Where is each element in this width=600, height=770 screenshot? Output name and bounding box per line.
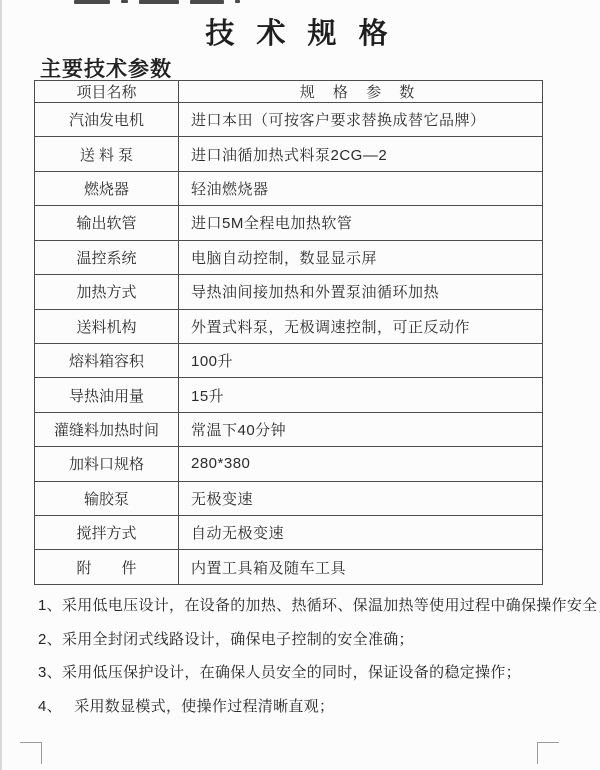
item-name-cell: 燃烧器 <box>35 171 179 205</box>
item-name-cell: 温控系统 <box>35 240 179 274</box>
text-boundary-mark-bottom-right <box>537 742 559 764</box>
table-row: 温控系统电脑自动控制，数显显示屏 <box>35 240 543 274</box>
spec-table-body: 汽油发电机进口本田（可按客户要求替换成替它品牌）送 料 泵进口油循加热式料泵2C… <box>35 103 543 585</box>
spec-value-cell: 自动无极变速 <box>179 516 543 550</box>
spec-value-cell: 100升 <box>179 343 543 377</box>
page-title: 技 术 规 格 <box>0 11 600 52</box>
item-name-cell: 附 件 <box>35 550 179 585</box>
spec-value-cell: 无极变速 <box>179 481 543 515</box>
spec-table-header: 项目名称 规 格 参 数 <box>35 81 543 103</box>
table-row: 搅拌方式自动无极变速 <box>35 516 543 550</box>
table-row: 输出软管进口5M全程电加热软管 <box>35 206 543 240</box>
table-row: 加热方式导热油间接加热和外置泵油循环加热 <box>35 275 543 309</box>
table-row: 燃烧器轻油燃烧器 <box>35 171 543 205</box>
item-name-cell: 送料机构 <box>35 309 179 343</box>
item-name-cell: 输出软管 <box>35 206 179 240</box>
header-item-name: 项目名称 <box>35 81 179 103</box>
spec-value-cell: 常温下40分钟 <box>179 412 543 446</box>
item-name-cell: 灌缝料加热时间 <box>35 412 179 446</box>
table-row: 加料口规格280*380 <box>35 447 543 481</box>
item-name-cell: 搅拌方式 <box>35 516 179 550</box>
notes-list: 1、采用低电压设计，在设备的加热、热循环、保温加热等使用过程中确保操作安全；2、… <box>38 589 586 723</box>
table-row: 输胶泵无极变速 <box>35 481 543 515</box>
table-row: 附 件内置工具箱及随车工具 <box>35 550 543 585</box>
header-spec-params: 规 格 参 数 <box>179 81 543 103</box>
item-name-cell: 加料口规格 <box>35 447 179 481</box>
table-row: 熔料箱容积100升 <box>35 343 543 377</box>
spec-value-cell: 280*380 <box>179 447 543 481</box>
item-name-cell: 输胶泵 <box>35 481 179 515</box>
spec-table: 项目名称 规 格 参 数 汽油发电机进口本田（可按客户要求替换成替它品牌）送 料… <box>34 80 543 585</box>
item-name-cell: 熔料箱容积 <box>35 343 179 377</box>
text-boundary-mark-bottom-left <box>20 742 42 764</box>
spec-value-cell: 轻油燃烧器 <box>179 171 543 205</box>
spec-value-cell: 导热油间接加热和外置泵油循环加热 <box>179 275 543 309</box>
note-item: 1、采用低电压设计，在设备的加热、热循环、保温加热等使用过程中确保操作安全； <box>38 589 586 623</box>
spec-value-cell: 电脑自动控制，数显显示屏 <box>179 240 543 274</box>
spec-value-cell: 进口本田（可按客户要求替换成替它品牌） <box>179 103 543 137</box>
spec-value-cell: 内置工具箱及随车工具 <box>179 550 543 585</box>
page-edge <box>0 0 2 770</box>
spec-value-cell: 15升 <box>179 378 543 412</box>
table-row: 送料机构外置式料泵，无极调速控制，可正反动作 <box>35 309 543 343</box>
spec-value-cell: 外置式料泵，无极调速控制，可正反动作 <box>179 309 543 343</box>
spec-value-cell: 进口5M全程电加热软管 <box>179 206 543 240</box>
section-subtitle: 主要技术参数 <box>40 53 172 83</box>
table-row: 送 料 泵进口油循加热式料泵2CG—2 <box>35 137 543 171</box>
table-row: 导热油用量15升 <box>35 378 543 412</box>
spec-value-cell: 进口油循加热式料泵2CG—2 <box>179 137 543 171</box>
table-row: 汽油发电机进口本田（可按客户要求替换成替它品牌） <box>35 103 543 137</box>
note-item: 4、 采用数显模式，使操作过程清晰直观； <box>38 690 586 724</box>
note-item: 2、采用全封闭式线路设计，确保电子控制的安全准确； <box>38 623 586 657</box>
note-item: 3、采用低压保护设计，在确保人员安全的同时，保证设备的稳定操作； <box>38 656 586 690</box>
item-name-cell: 加热方式 <box>35 275 179 309</box>
item-name-cell: 导热油用量 <box>35 378 179 412</box>
item-name-cell: 送 料 泵 <box>35 137 179 171</box>
clipped-top-text-fragment <box>74 0 240 5</box>
table-row: 灌缝料加热时间常温下40分钟 <box>35 412 543 446</box>
header-row: 项目名称 规 格 参 数 <box>35 81 543 103</box>
item-name-cell: 汽油发电机 <box>35 103 179 137</box>
